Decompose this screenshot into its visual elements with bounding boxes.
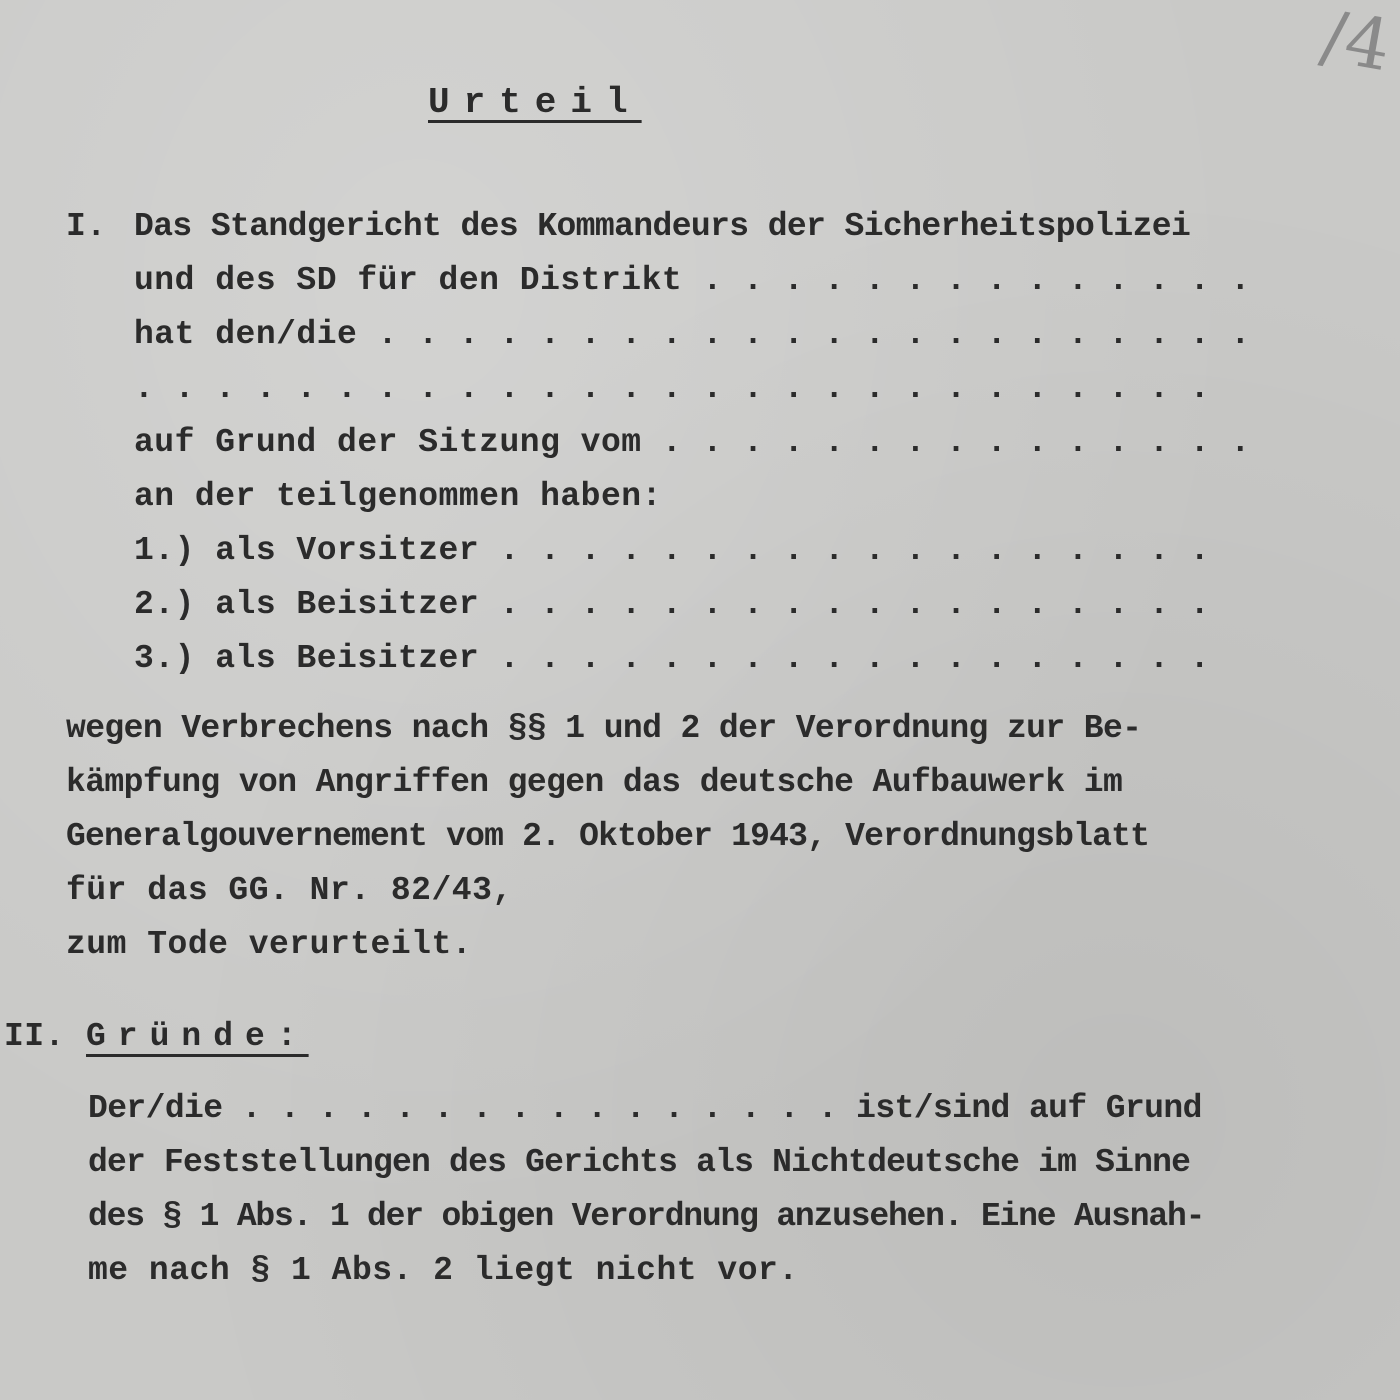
verdict-line: Generalgouvernement vom 2. Oktober 1943,…: [66, 818, 1149, 855]
section-2-heading: Gründe:: [86, 1018, 309, 1055]
verdict-line: für das GG. Nr. 82/43,: [66, 872, 513, 909]
section-2-line: Der/die . . . . . . . . . . . . . . . . …: [88, 1090, 1202, 1127]
section-1-line: . . . . . . . . . . . . . . . . . . . . …: [134, 370, 1210, 407]
document-title: Urteil: [428, 82, 642, 123]
section-2-line: des § 1 Abs. 1 der obigen Verordnung anz…: [88, 1198, 1204, 1235]
section-2-line: me nach § 1 Abs. 2 liegt nicht vor.: [88, 1252, 799, 1289]
verdict-line: zum Tode verurteilt.: [66, 926, 472, 963]
section-1-line: hat den/die . . . . . . . . . . . . . . …: [134, 316, 1251, 353]
verdict-line: kämpfung von Angriffen gegen das deutsch…: [66, 764, 1122, 801]
document-page: /4 Urteil I. Das Standgericht des Komman…: [0, 0, 1400, 1400]
section-1-line: 1.) als Vorsitzer . . . . . . . . . . . …: [134, 532, 1210, 569]
section-1-line: Das Standgericht des Kommandeurs der Sic…: [134, 208, 1190, 245]
verdict-line: wegen Verbrechens nach §§ 1 und 2 der Ve…: [66, 710, 1141, 747]
section-1-numeral: I.: [66, 208, 107, 245]
section-2-line: der Feststellungen des Gerichts als Nich…: [88, 1144, 1190, 1181]
section-1-line: 3.) als Beisitzer . . . . . . . . . . . …: [134, 640, 1210, 677]
section-1-line: auf Grund der Sitzung vom . . . . . . . …: [134, 424, 1251, 461]
section-1-line: und des SD für den Distrikt . . . . . . …: [134, 262, 1251, 299]
section-2-numeral: II.: [4, 1018, 65, 1055]
section-1-line: 2.) als Beisitzer . . . . . . . . . . . …: [134, 586, 1210, 623]
section-1-line: an der teilgenommen haben:: [134, 478, 662, 515]
corner-handwritten-mark: /4: [1315, 0, 1396, 87]
